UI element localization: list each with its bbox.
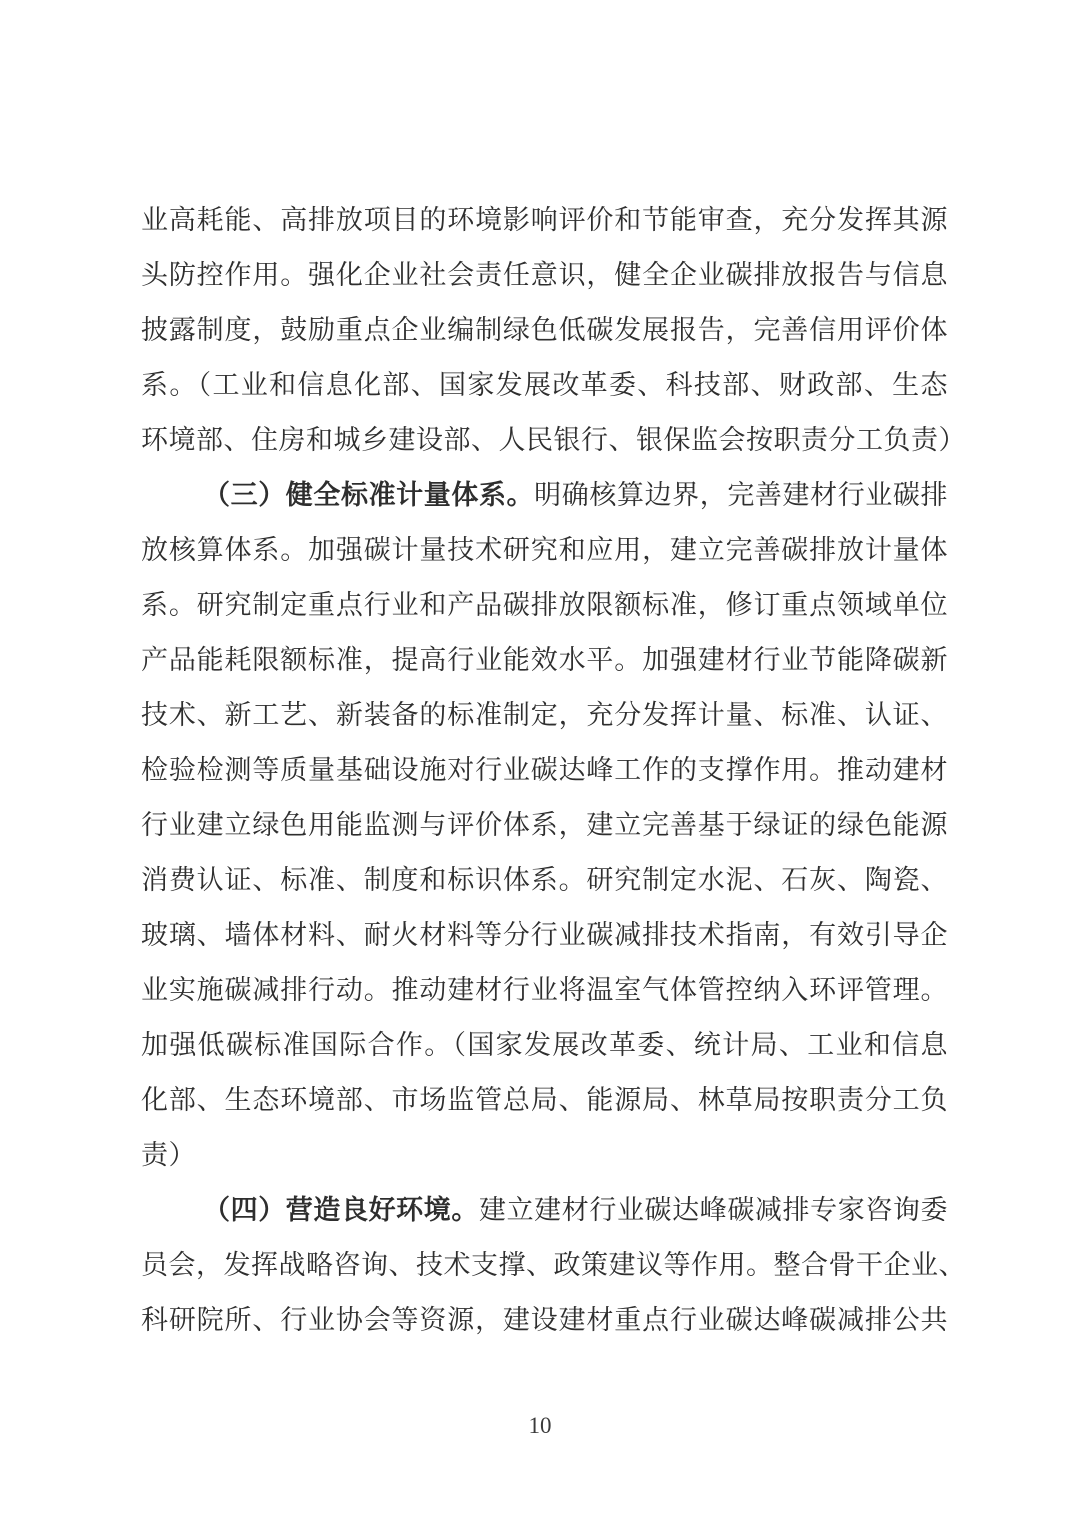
text-line: 头防控作用。强化企业社会责任意识，健全企业碳排放报告与信息 [141, 248, 948, 303]
text-line: （四）营造良好环境。建立建材行业碳达峰碳减排专家咨询委 [141, 1183, 948, 1238]
line-text: 检验检测等质量基础设施对行业碳达峰工作的支撑作用。推动建材 [141, 755, 948, 785]
text-line: 业实施碳减排行动。推动建材行业将温室气体管控纳入环评管理。 [141, 963, 948, 1018]
line-text: 业高耗能、高排放项目的环境影响评价和节能审查，充分发挥其源 [141, 205, 948, 235]
text-line: 检验检测等质量基础设施对行业碳达峰工作的支撑作用。推动建材 [141, 743, 948, 798]
text-line: 产品能耗限额标准，提高行业能效水平。加强建材行业节能降碳新 [141, 633, 948, 688]
text-line: 加强低碳标准国际合作。（国家发展改革委、统计局、工业和信息 [141, 1018, 948, 1073]
line-text: 玻璃、墙体材料、耐火材料等分行业碳减排技术指南，有效引导企 [141, 920, 948, 950]
text-line: 员会，发挥战略咨询、技术支撑、政策建议等作用。整合骨干企业、 [141, 1238, 948, 1293]
line-text: 产品能耗限额标准，提高行业能效水平。加强建材行业节能降碳新 [141, 645, 948, 675]
text-line: 披露制度，鼓励重点企业编制绿色低碳发展报告，完善信用评价体 [141, 303, 948, 358]
text-line: 化部、生态环境部、市场监管总局、能源局、林草局按职责分工负 [141, 1073, 948, 1128]
document-body: 业高耗能、高排放项目的环境影响评价和节能审查，充分发挥其源 头防控作用。强化企业… [141, 193, 948, 1348]
section-heading: （三）健全标准计量体系。 [203, 480, 534, 510]
text-line: 消费认证、标准、制度和标识体系。研究制定水泥、石灰、陶瓷、 [141, 853, 948, 908]
line-text: 业实施碳减排行动。推动建材行业将温室气体管控纳入环评管理。 [141, 975, 948, 1005]
line-text: 消费认证、标准、制度和标识体系。研究制定水泥、石灰、陶瓷、 [141, 865, 948, 895]
text-line: 技术、新工艺、新装备的标准制定，充分发挥计量、标准、认证、 [141, 688, 948, 743]
line-text: 建立建材行业碳达峰碳减排专家咨询委 [479, 1195, 948, 1225]
line-text: 行业建立绿色用能监测与评价体系，建立完善基于绿证的绿色能源 [141, 810, 948, 840]
line-text: 科研院所、行业协会等资源，建设建材重点行业碳达峰碳减排公共 [141, 1305, 948, 1335]
line-text: 系。研究制定重点行业和产品碳排放限额标准，修订重点领域单位 [141, 590, 948, 620]
line-text: 系。（工业和信息化部、国家发展改革委、科技部、财政部、生态 [141, 370, 948, 400]
document-page: 业高耗能、高排放项目的环境影响评价和节能审查，充分发挥其源 头防控作用。强化企业… [0, 0, 1080, 1527]
line-text: 环境部、住房和城乡建设部、人民银行、银保监会按职责分工负责） [141, 425, 966, 455]
line-text: 头防控作用。强化企业社会责任意识，健全企业碳排放报告与信息 [141, 260, 948, 290]
text-line: 放核算体系。加强碳计量技术研究和应用，建立完善碳排放计量体 [141, 523, 948, 578]
text-line: 科研院所、行业协会等资源，建设建材重点行业碳达峰碳减排公共 [141, 1293, 948, 1348]
text-line: 责） [141, 1128, 948, 1183]
line-text: 责） [141, 1140, 196, 1170]
text-line: （三）健全标准计量体系。明确核算边界，完善建材行业碳排 [141, 468, 948, 523]
page-number: 10 [0, 1412, 1080, 1440]
text-line: 系。研究制定重点行业和产品碳排放限额标准，修订重点领域单位 [141, 578, 948, 633]
text-line: 系。（工业和信息化部、国家发展改革委、科技部、财政部、生态 [141, 358, 948, 413]
line-text: 化部、生态环境部、市场监管总局、能源局、林草局按职责分工负 [141, 1085, 948, 1115]
line-text: 放核算体系。加强碳计量技术研究和应用，建立完善碳排放计量体 [141, 535, 948, 565]
line-text: 明确核算边界，完善建材行业碳排 [534, 480, 948, 510]
line-text: 员会，发挥战略咨询、技术支撑、政策建议等作用。整合骨干企业、 [141, 1250, 966, 1280]
line-text: 披露制度，鼓励重点企业编制绿色低碳发展报告，完善信用评价体 [141, 315, 948, 345]
text-line: 业高耗能、高排放项目的环境影响评价和节能审查，充分发挥其源 [141, 193, 948, 248]
text-line: 行业建立绿色用能监测与评价体系，建立完善基于绿证的绿色能源 [141, 798, 948, 853]
line-text: 技术、新工艺、新装备的标准制定，充分发挥计量、标准、认证、 [141, 700, 948, 730]
text-line: 玻璃、墙体材料、耐火材料等分行业碳减排技术指南，有效引导企 [141, 908, 948, 963]
section-heading: （四）营造良好环境。 [203, 1195, 479, 1225]
line-text: 加强低碳标准国际合作。（国家发展改革委、统计局、工业和信息 [141, 1030, 948, 1060]
text-line: 环境部、住房和城乡建设部、人民银行、银保监会按职责分工负责） [141, 413, 948, 468]
